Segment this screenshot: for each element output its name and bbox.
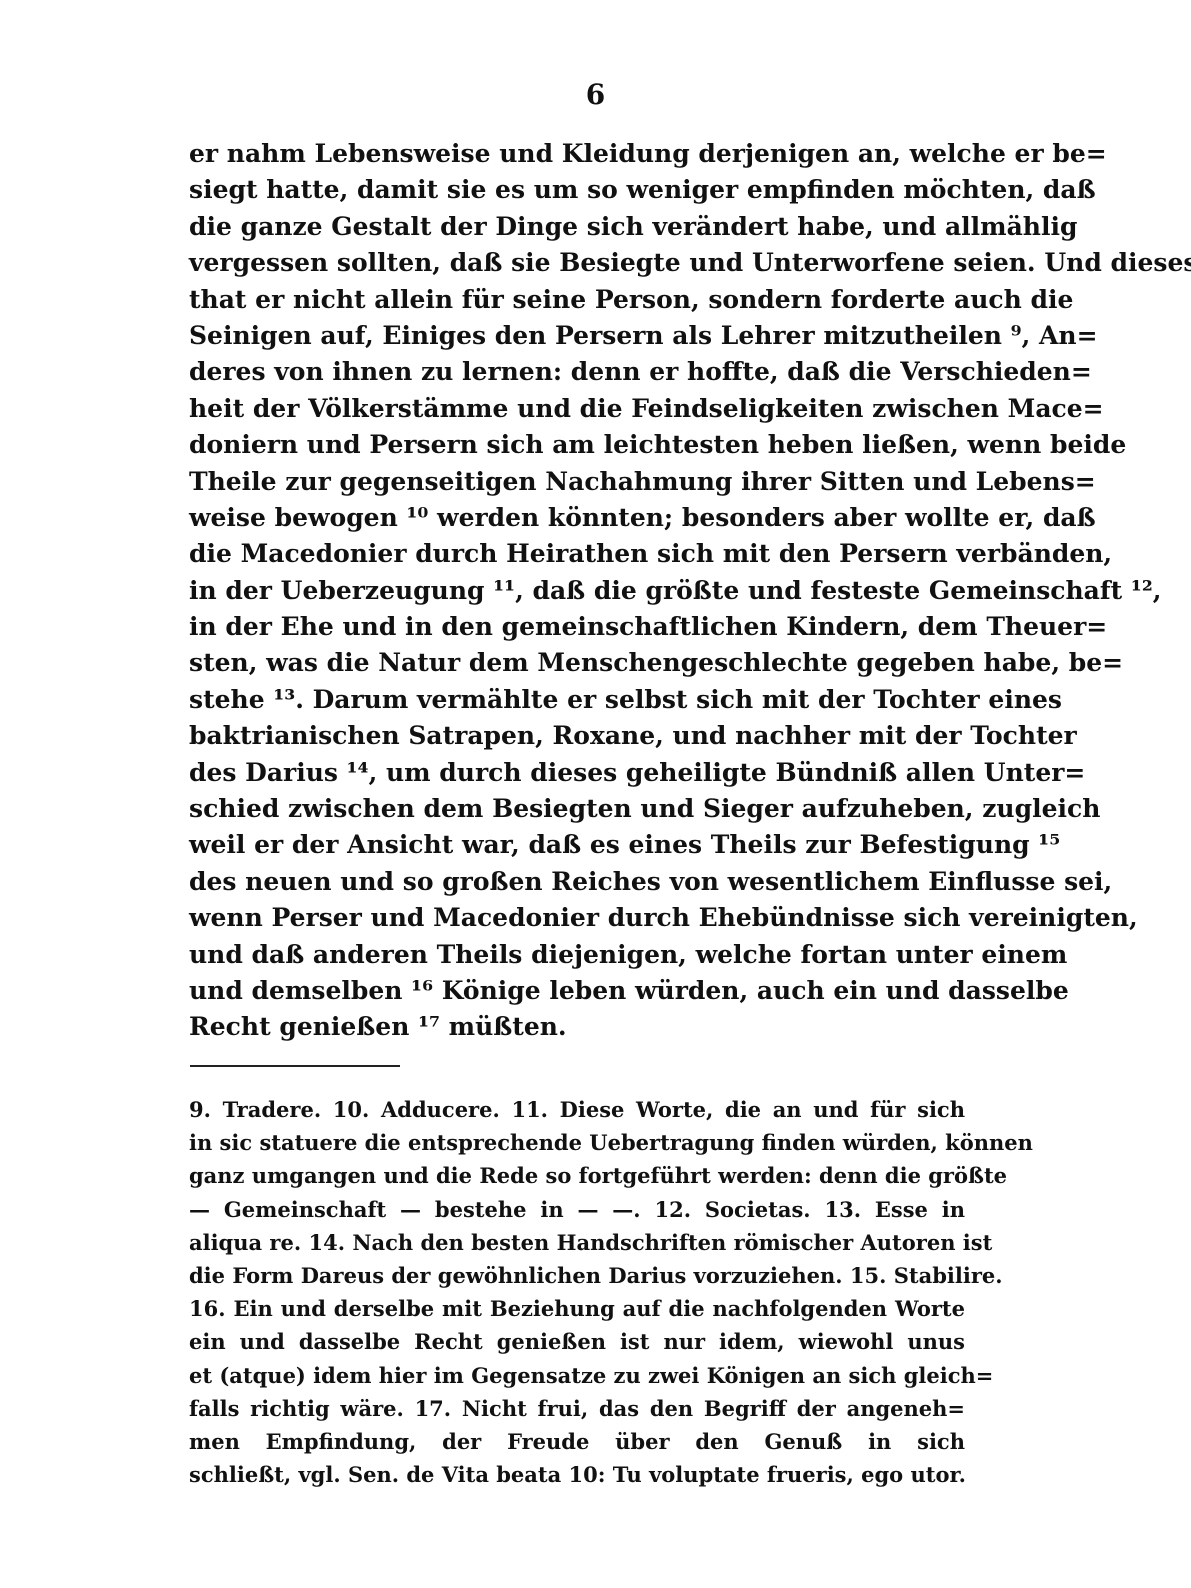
text-line: schied zwischen dem Besiegten und Sieger… — [189, 791, 965, 827]
text-line: und demselben ¹⁶ Könige leben würden, au… — [189, 973, 965, 1009]
text-line: deres von ihnen zu lernen: denn er hofft… — [189, 354, 965, 390]
text-line: des neuen und so großen Reiches von wese… — [189, 864, 965, 900]
page-number: 6 — [0, 78, 1191, 111]
text-line: die ganze Gestalt der Dinge sich verände… — [189, 209, 965, 245]
footnote-line: et (atque) idem hier im Gegensatze zu zw… — [189, 1359, 965, 1392]
footnote-line: falls richtig wäre. 17. Nicht frui, das … — [189, 1392, 965, 1425]
text-line: die Macedonier durch Heirathen sich mit … — [189, 536, 965, 572]
text-line: in der Ehe und in den gemeinschaftlichen… — [189, 609, 965, 645]
footnote-line: — Gemeinschaft — bestehe in — —. 12. Soc… — [189, 1193, 965, 1226]
text-line: that er nicht allein für seine Person, s… — [189, 282, 965, 318]
text-line: Seinigen auf, Einiges den Persern als Le… — [189, 318, 965, 354]
footnote-line: 16. Ein und derselbe mit Beziehung auf d… — [189, 1292, 965, 1325]
footnote-line: men Empfindung, der Freude über den Genu… — [189, 1425, 965, 1458]
main-text-block: er nahm Lebensweise und Kleidung derjeni… — [189, 136, 965, 1046]
text-line: Recht genießen ¹⁷ müßten. — [189, 1009, 965, 1045]
text-line: stehe ¹³. Darum vermählte er selbst sich… — [189, 682, 965, 718]
text-line: sten, was die Natur dem Menschengeschlec… — [189, 645, 965, 681]
book-page: 6 er nahm Lebensweise und Kleidung derje… — [0, 0, 1191, 1588]
footnote-line: ein und dasselbe Recht genießen ist nur … — [189, 1325, 965, 1358]
footnote-line: schließt, vgl. Sen. de Vita beata 10: Tu… — [189, 1458, 965, 1491]
text-line: wenn Perser und Macedonier durch Ehebünd… — [189, 900, 965, 936]
text-line: Theile zur gegenseitigen Nachahmung ihre… — [189, 464, 965, 500]
text-line: weise bewogen ¹⁰ werden könnten; besonde… — [189, 500, 965, 536]
footnote-line: aliqua re. 14. Nach den besten Handschri… — [189, 1226, 965, 1259]
text-line: doniern und Persern sich am leichtesten … — [189, 427, 965, 463]
text-line: weil er der Ansicht war, daß es eines Th… — [189, 827, 965, 863]
footnote-line: die Form Dareus der gewöhnlichen Darius … — [189, 1259, 965, 1292]
text-line: heit der Völkerstämme und die Feindselig… — [189, 391, 965, 427]
text-line: baktrianischen Satrapen, Roxane, und nac… — [189, 718, 965, 754]
footnote-line: 9. Tradere. 10. Adducere. 11. Diese Wort… — [189, 1093, 965, 1126]
text-line: in der Ueberzeugung ¹¹, daß die größte u… — [189, 573, 965, 609]
text-line: er nahm Lebensweise und Kleidung derjeni… — [189, 136, 965, 172]
text-line: siegt hatte, damit sie es um so weniger … — [189, 172, 965, 208]
text-line: und daß anderen Theils diejenigen, welch… — [189, 937, 965, 973]
footnote-line: ganz umgangen und die Rede so fortgeführ… — [189, 1159, 965, 1192]
footnotes-block: 9. Tradere. 10. Adducere. 11. Diese Wort… — [189, 1093, 965, 1491]
text-line: des Darius ¹⁴, um durch dieses geheiligt… — [189, 755, 965, 791]
footnote-separator-rule — [190, 1065, 400, 1067]
footnote-line: in sic statuere die entsprechende Uebert… — [189, 1126, 965, 1159]
text-line: vergessen sollten, daß sie Besiegte und … — [189, 245, 965, 281]
